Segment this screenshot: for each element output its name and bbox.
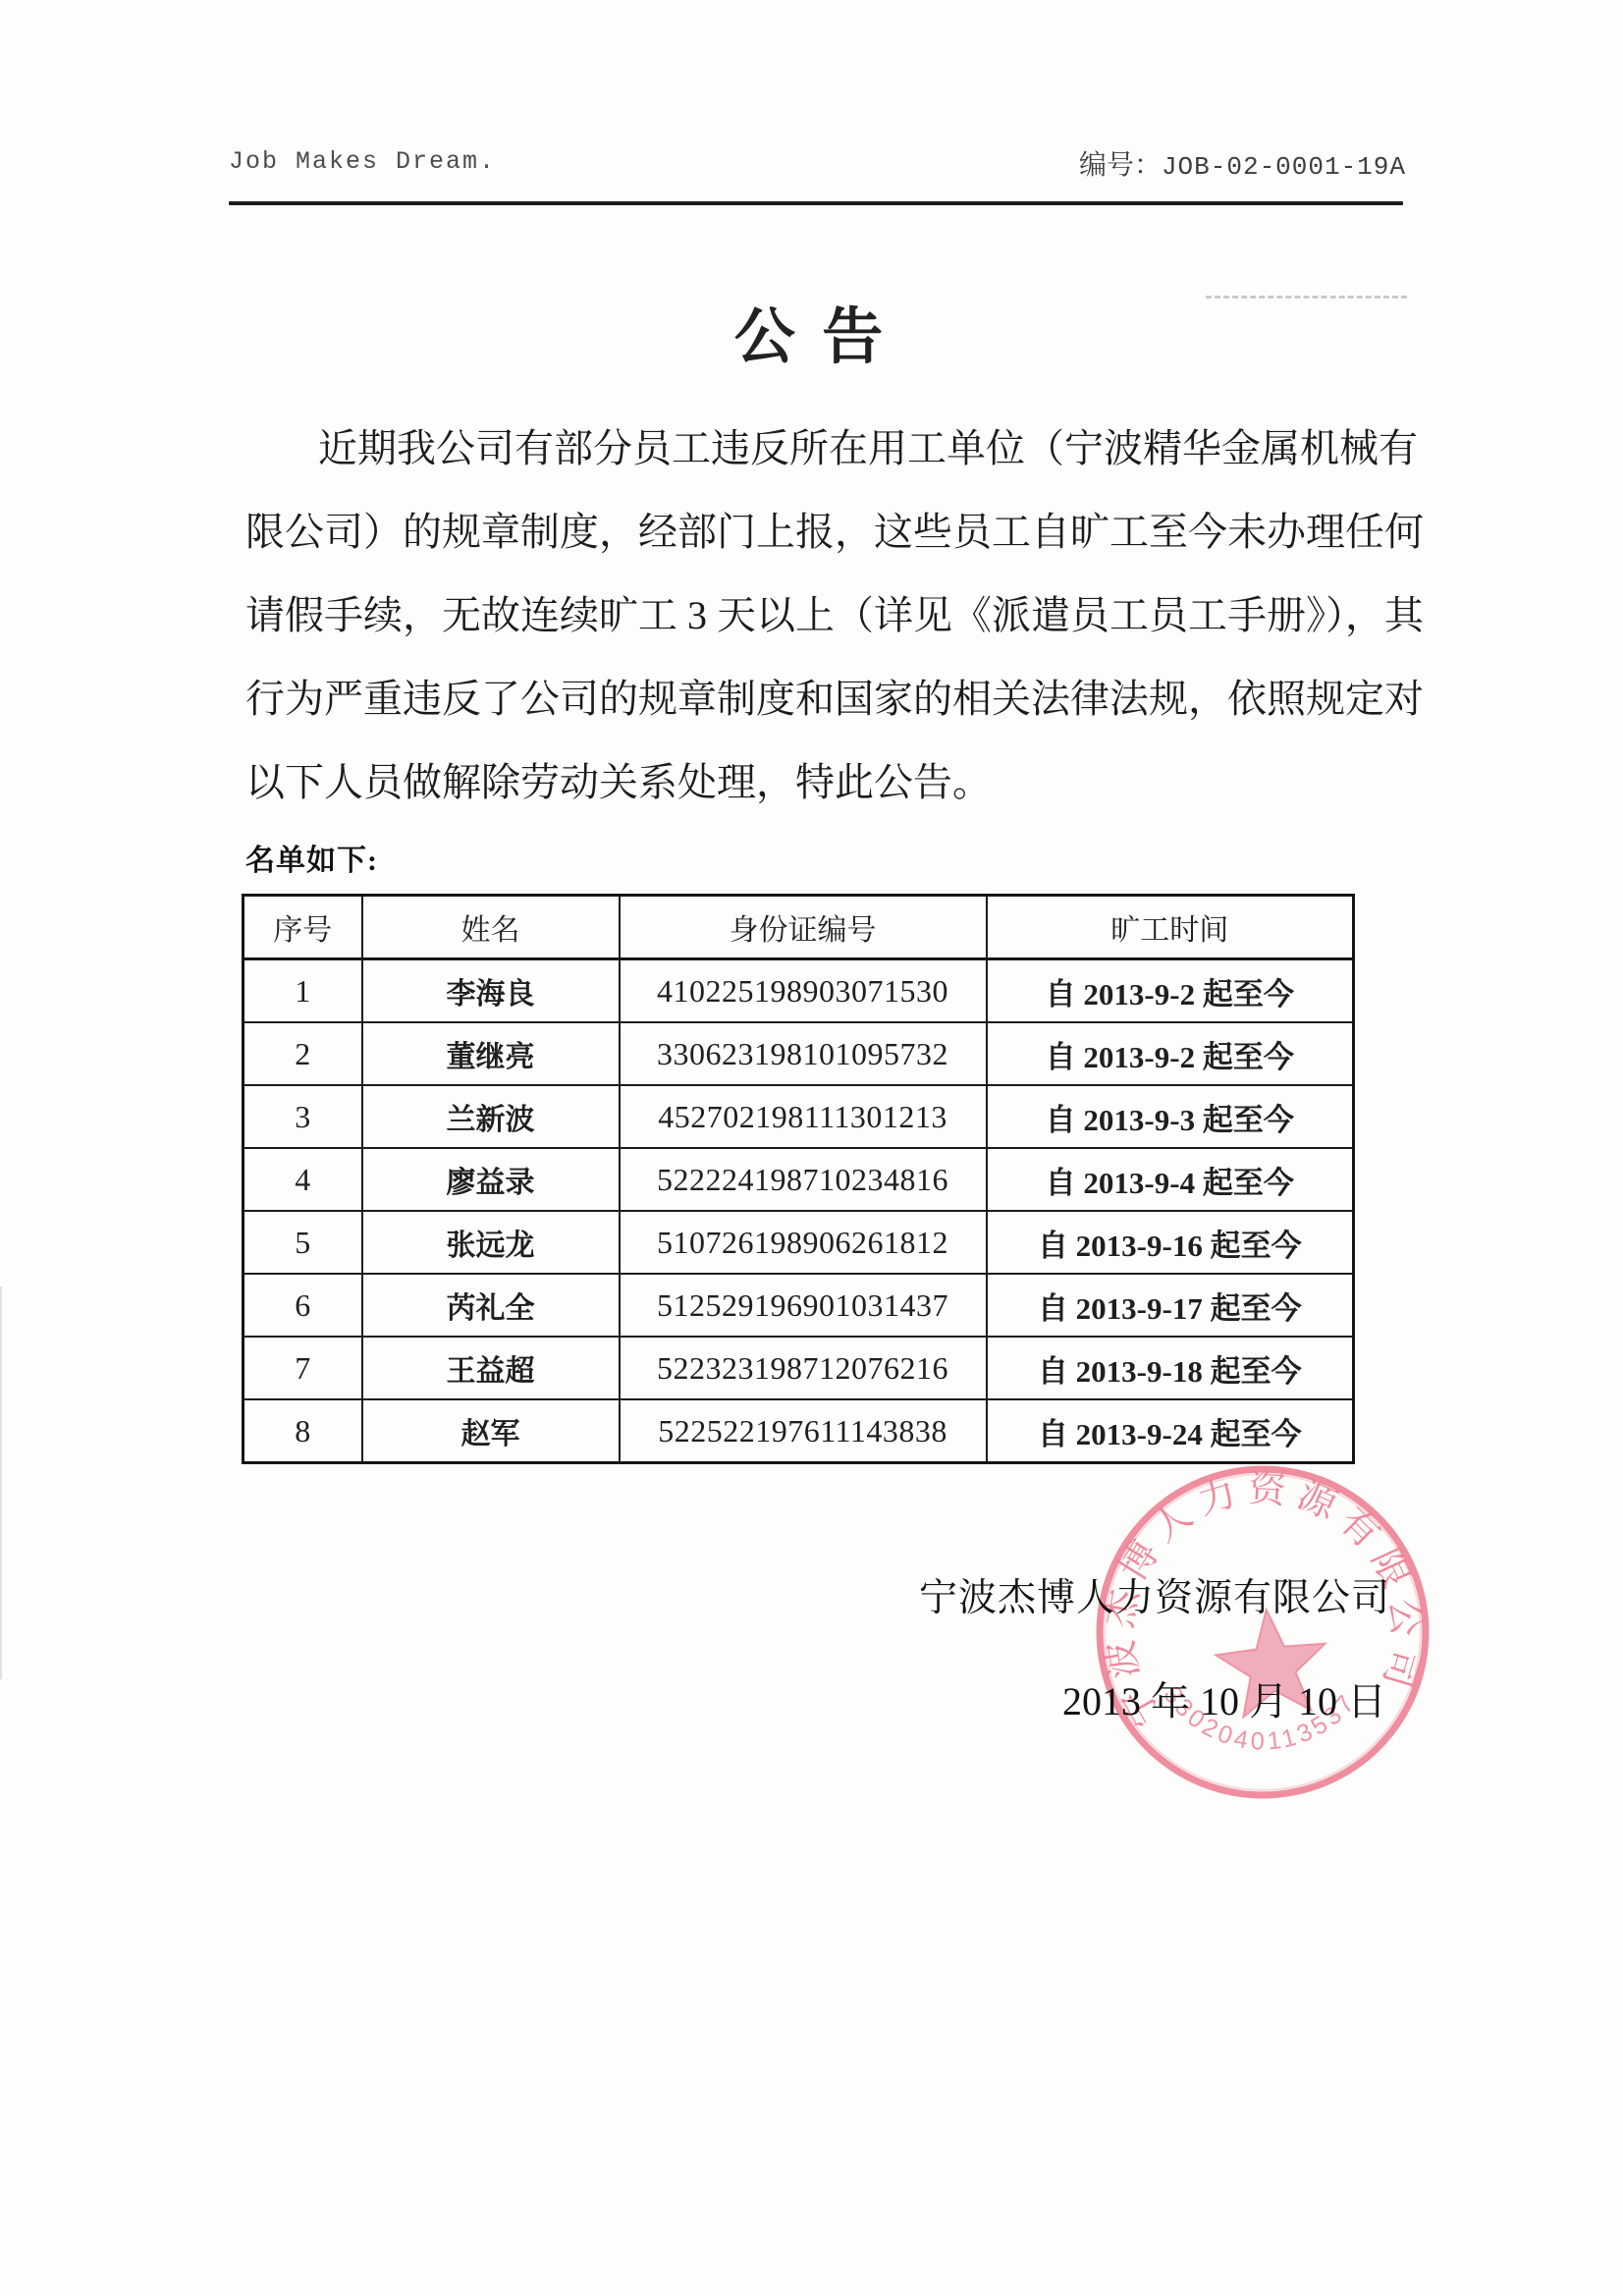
cell-time: 自 2013-9-2 起至今: [987, 959, 1354, 1023]
list-label: 名单如下:: [245, 836, 378, 879]
cell-seq: 2: [243, 1022, 362, 1085]
cell-id: 522323198712076216: [620, 1337, 987, 1399]
doc-number-label: 编号：: [1079, 150, 1162, 181]
scan-artifact-edge-line: [0, 1286, 2, 1679]
paragraph-line: 以下人员做解除劳动关系处理，特此公告。: [245, 740, 1382, 824]
header-rule: [229, 201, 1403, 205]
table-row: 7 王益超 522323198712076216 自 2013-9-18 起至今: [243, 1337, 1354, 1399]
paragraph-line: 行为严重违反了公司的规章制度和国家的相关法律法规，依照规定对: [245, 657, 1382, 740]
table-row: 8 赵军 522522197611143838 自 2013-9-24 起至今: [243, 1399, 1354, 1463]
paragraph-line: 请假手续，无故连续旷工 3 天以上（详见《派遣员工员工手册》），其: [245, 574, 1382, 657]
table-row: 2 董继亮 330623198101095732 自 2013-9-2 起至今: [243, 1022, 1354, 1085]
header-doc-number: 编号：JOB-02-0001-19A: [1079, 143, 1406, 183]
company-seal-stamp: 宁波杰博人力资源有限公司 3302040113537: [1092, 1461, 1434, 1803]
cell-time: 自 2013-9-24 起至今: [987, 1399, 1354, 1463]
cell-name: 董继亮: [362, 1022, 620, 1085]
signature-date: 2013 年 10 月 10 日: [1062, 1670, 1386, 1726]
col-header-id: 身份证编号: [620, 896, 987, 959]
paragraph-line: 限公司）的规章制度，经部门上报，这些员工自旷工至今未办理任何: [245, 490, 1382, 574]
cell-time: 自 2013-9-4 起至今: [987, 1148, 1354, 1211]
cell-seq: 3: [243, 1085, 362, 1148]
cell-name: 李海良: [362, 959, 620, 1023]
cell-seq: 4: [243, 1148, 362, 1211]
cell-time: 自 2013-9-18 起至今: [987, 1337, 1354, 1399]
cell-id: 510726198906261812: [620, 1211, 987, 1274]
cell-name: 赵军: [362, 1399, 620, 1463]
cell-name: 芮礼全: [362, 1274, 620, 1337]
seal-ring-texture: [1092, 1461, 1434, 1803]
col-header-seq: 序号: [243, 896, 362, 959]
cell-id: 522224198710234816: [620, 1148, 987, 1211]
cell-time: 自 2013-9-3 起至今: [987, 1085, 1354, 1148]
col-header-time: 旷工时间: [987, 896, 1354, 959]
doc-number-value: JOB-02-0001-19A: [1162, 152, 1406, 182]
cell-seq: 5: [243, 1211, 362, 1274]
cell-id: 330623198101095732: [620, 1022, 987, 1085]
paragraph-line: 近期我公司有部分员工违反所在用工单位（宁波精华金属机械有: [245, 407, 1382, 490]
announcement-paragraph: 近期我公司有部分员工违反所在用工单位（宁波精华金属机械有 限公司）的规章制度，经…: [245, 407, 1382, 824]
cell-id: 410225198903071530: [620, 959, 987, 1023]
document-page: Job Makes Dream. 编号：JOB-02-0001-19A 公 告 …: [0, 0, 1623, 2296]
cell-name: 兰新波: [362, 1085, 620, 1148]
cell-seq: 7: [243, 1337, 362, 1399]
table-row: 6 芮礼全 512529196901031437 自 2013-9-17 起至今: [243, 1274, 1354, 1337]
page-title: 公 告: [0, 288, 1623, 375]
header-slogan: Job Makes Dream.: [229, 147, 496, 176]
cell-id: 512529196901031437: [620, 1274, 987, 1337]
cell-name: 王益超: [362, 1337, 620, 1399]
dismissal-table: 序号 姓名 身份证编号 旷工时间 1 李海良 41022519890307153…: [242, 894, 1355, 1464]
cell-name: 张远龙: [362, 1211, 620, 1274]
cell-time: 自 2013-9-17 起至今: [987, 1274, 1354, 1337]
table-row: 4 廖益录 522224198710234816 自 2013-9-4 起至今: [243, 1148, 1354, 1211]
cell-id: 522522197611143838: [620, 1399, 987, 1463]
cell-seq: 1: [243, 959, 362, 1023]
cell-seq: 6: [243, 1274, 362, 1337]
table-row: 5 张远龙 510726198906261812 自 2013-9-16 起至今: [243, 1211, 1354, 1274]
cell-time: 自 2013-9-16 起至今: [987, 1211, 1354, 1274]
table-row: 1 李海良 410225198903071530 自 2013-9-2 起至今: [243, 959, 1354, 1023]
cell-time: 自 2013-9-2 起至今: [987, 1022, 1354, 1085]
col-header-name: 姓名: [362, 896, 620, 959]
cell-seq: 8: [243, 1399, 362, 1463]
cell-name: 廖益录: [362, 1148, 620, 1211]
signature-company: 宁波杰博人力资源有限公司: [919, 1567, 1390, 1622]
cell-id: 452702198111301213: [620, 1085, 987, 1148]
seal-outer-ring: [1092, 1461, 1434, 1803]
table-header-row: 序号 姓名 身份证编号 旷工时间: [243, 896, 1354, 959]
table-row: 3 兰新波 452702198111301213 自 2013-9-3 起至今: [243, 1085, 1354, 1148]
